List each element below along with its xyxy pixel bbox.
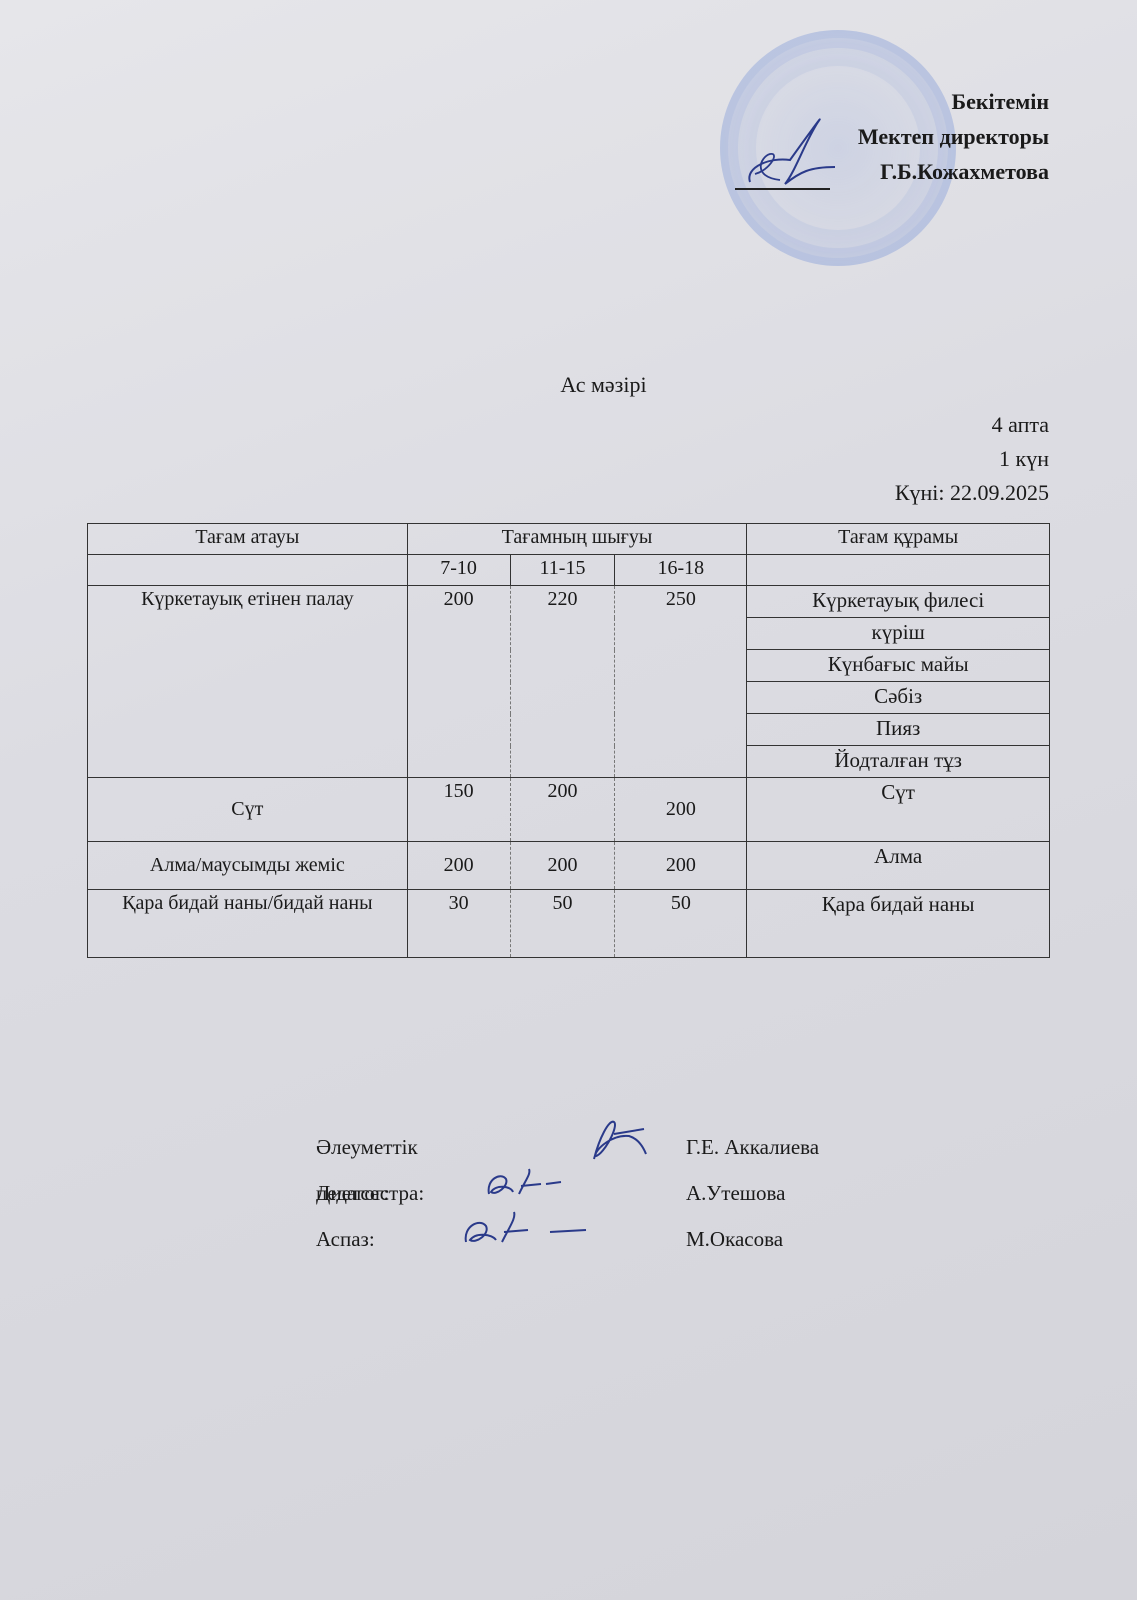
portion-16-18: 200: [615, 778, 747, 842]
signature-name: М.Окасова: [686, 1216, 783, 1262]
handwritten-signature-icon: [584, 1114, 654, 1164]
dish-name: Алма/маусымды жеміс: [88, 842, 408, 890]
portion-11-15: 220: [510, 586, 615, 778]
table-row: Қара бидай наны/бидай наны 30 50 50 Қара…: [88, 890, 1050, 958]
portion-16-18: 50: [615, 890, 747, 958]
header-output: Тағамның шығуы: [407, 524, 747, 555]
portion-7-10: 30: [407, 890, 510, 958]
day-label: 1 күн: [895, 442, 1049, 476]
portion-16-18: 200: [615, 842, 747, 890]
dish-name: Сүт: [88, 778, 408, 842]
ingredient: күріш: [747, 618, 1050, 650]
portion-7-10: 200: [407, 842, 510, 890]
approval-block: Бекітемін Мектеп директоры Г.Б.Кожахмето…: [858, 84, 1049, 189]
portion-16-18: 250: [615, 586, 747, 778]
signature-name: А.Утешова: [686, 1170, 785, 1216]
ingredient: Алма: [747, 842, 1050, 890]
portion-7-10: 150: [407, 778, 510, 842]
table-header-row: Тағам атауы Тағамның шығуы Тағам құрамы: [88, 524, 1050, 555]
age-group-1: 7-10: [407, 555, 510, 586]
table-row: Алма/маусымды жеміс 200 200 200 Алма: [88, 842, 1050, 890]
ingredient: Пияз: [747, 714, 1050, 746]
ingredient: Күркетауық филесі: [747, 586, 1050, 618]
age-group-2: 11-15: [510, 555, 615, 586]
approval-position: Мектеп директоры: [858, 119, 1049, 154]
director-signature-icon: [740, 112, 850, 192]
age-group-3: 16-18: [615, 555, 747, 586]
empty-cell: [88, 555, 408, 586]
handwritten-signature-icon: [481, 1164, 571, 1204]
document-title: Ас мәзірі: [0, 372, 1137, 398]
portion-7-10: 200: [407, 586, 510, 778]
signature-role: Диетсестра:: [316, 1170, 424, 1216]
header-composition: Тағам құрамы: [747, 524, 1050, 555]
document-page: Бекітемін Мектеп директоры Г.Б.Кожахмето…: [0, 0, 1137, 1600]
portion-11-15: 200: [510, 842, 615, 890]
signature-name: Г.Е. Аккалиева: [686, 1124, 819, 1170]
portion-11-15: 50: [510, 890, 615, 958]
document-meta: 4 апта 1 күн Күні: 22.09.2025: [895, 408, 1049, 510]
table-row: Күркетауық етінен палау 200 220 250 Күрк…: [88, 586, 1050, 618]
ingredient: Йодталған тұз: [747, 746, 1050, 778]
ingredient: Сүт: [747, 778, 1050, 842]
week-label: 4 апта: [895, 408, 1049, 442]
menu-table: Тағам атауы Тағамның шығуы Тағам құрамы …: [87, 523, 1050, 958]
dish-name: Күркетауық етінен палау: [88, 586, 408, 778]
ingredient: Сәбіз: [747, 682, 1050, 714]
signature-role: Аспаз:: [316, 1216, 375, 1262]
ingredient: Күнбағыс майы: [747, 650, 1050, 682]
approval-director-name: Г.Б.Кожахметова: [858, 154, 1049, 189]
approval-label: Бекітемін: [858, 84, 1049, 119]
date-label: Күні: 22.09.2025: [895, 476, 1049, 510]
portion-11-15: 200: [510, 778, 615, 842]
table-age-row: 7-10 11-15 16-18: [88, 555, 1050, 586]
director-signature-line: [735, 188, 830, 190]
header-dish-name: Тағам атауы: [88, 524, 408, 555]
empty-cell: [747, 555, 1050, 586]
handwritten-signature-icon: [458, 1208, 598, 1252]
ingredient: Қара бидай наны: [747, 890, 1050, 958]
dish-name: Қара бидай наны/бидай наны: [88, 890, 408, 958]
table-row: Сүт 150 200 200 Сүт: [88, 778, 1050, 842]
